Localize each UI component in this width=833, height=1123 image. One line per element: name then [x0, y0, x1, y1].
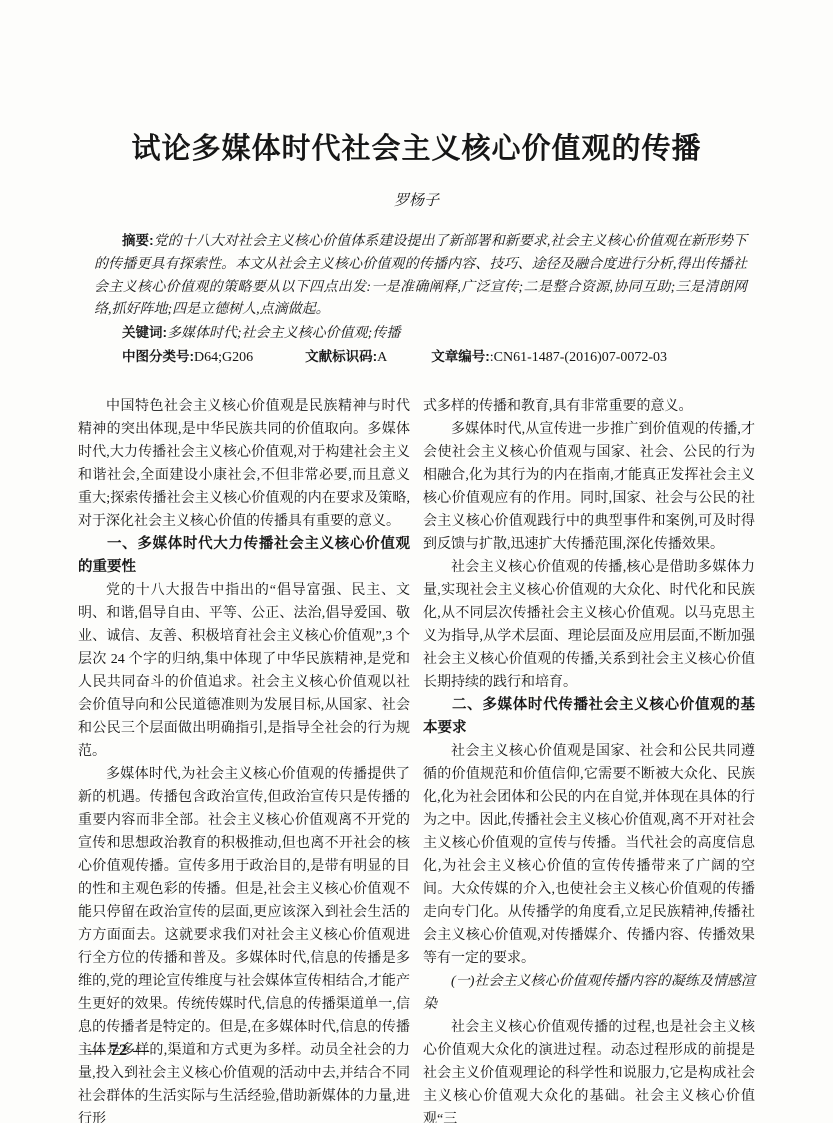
doc-code-value: A: [377, 350, 387, 365]
author-name: 罗杨子: [0, 189, 833, 210]
clc-label: 中图分类号:: [122, 349, 194, 364]
abstract-label: 摘要:: [122, 233, 154, 248]
paragraph: 中国特色社会主义核心价值观是民族精神与时代精神的突出体现,是中华民族共同的价值取…: [78, 395, 410, 533]
paragraph: 社会主义核心价值观是国家、社会和公民共同遵循的价值规范和价值信仰,它需要不断被大…: [423, 740, 755, 970]
left-column: 中国特色社会主义核心价值观是民族精神与时代精神的突出体现,是中华民族共同的价值取…: [78, 395, 410, 1123]
doc-code-label: 文献标识码:: [305, 349, 377, 364]
article-no-value: :CN61-1487-(2016)07-0072-03: [490, 350, 667, 365]
clc-value: D64;G206: [194, 350, 253, 365]
right-column: 式多样的传播和教育,具有非常重要的意义。 多媒体时代,从宣传进一步推广到价值观的…: [423, 395, 755, 1123]
section-heading-1: 一、多媒体时代大力传播社会主义核心价值观的重要性: [78, 533, 410, 579]
keywords: 关键词:多媒体时代;社会主义核心价值观;传播: [94, 322, 747, 346]
section-heading-2: 二、多媒体时代传播社会主义核心价值观的基本要求: [423, 694, 755, 740]
keywords-text: 多媒体时代;社会主义核心价值观;传播: [167, 326, 400, 341]
paragraph: 社会主义核心价值观传播的过程,也是社会主义核心价值观大众化的演进过程。动态过程形…: [423, 1016, 755, 1123]
paragraph-continuation: 式多样的传播和教育,具有非常重要的意义。: [423, 395, 755, 418]
keywords-label: 关键词:: [122, 325, 167, 340]
front-matter: 摘要:党的十八大对社会主义核心价值体系建设提出了新部署和新要求,社会主义核心价值…: [94, 230, 747, 370]
classification-line: 中图分类号:D64;G206文献标识码:A文章编号::CN61-1487-(20…: [94, 346, 747, 370]
document-page: 试论多媒体时代社会主义核心价值观的传播 罗杨子 摘要:党的十八大对社会主义核心价…: [0, 0, 833, 1123]
paragraph: 多媒体时代,为社会主义核心价值观的传播提供了新的机遇。传播包含政治宣传,但政治宣…: [78, 763, 410, 1123]
paragraph: 党的十八大报告中指出的“倡导富强、民主、文明、和谐,倡导自由、平等、公正、法治,…: [78, 579, 410, 763]
article-body: 中国特色社会主义核心价值观是民族精神与时代精神的突出体现,是中华民族共同的价值取…: [78, 395, 755, 1123]
subsection-heading: (一)社会主义核心价值观传播内容的凝练及情感渲染: [423, 970, 755, 1016]
page-title: 试论多媒体时代社会主义核心价值观的传播: [0, 0, 833, 167]
paragraph: 多媒体时代,从宣传进一步推广到价值观的传播,才会使社会主义核心价值观与国家、社会…: [423, 418, 755, 556]
page-number: — 72 —: [88, 1042, 150, 1060]
article-no-label: 文章编号:: [431, 349, 490, 364]
abstract-text: 党的十八大对社会主义核心价值体系建设提出了新部署和新要求,社会主义核心价值观在新…: [94, 234, 747, 317]
paragraph: 社会主义核心价值观的传播,核心是借助多媒体力量,实现社会主义核心价值观的大众化、…: [423, 556, 755, 694]
abstract: 摘要:党的十八大对社会主义核心价值体系建设提出了新部署和新要求,社会主义核心价值…: [94, 230, 747, 322]
